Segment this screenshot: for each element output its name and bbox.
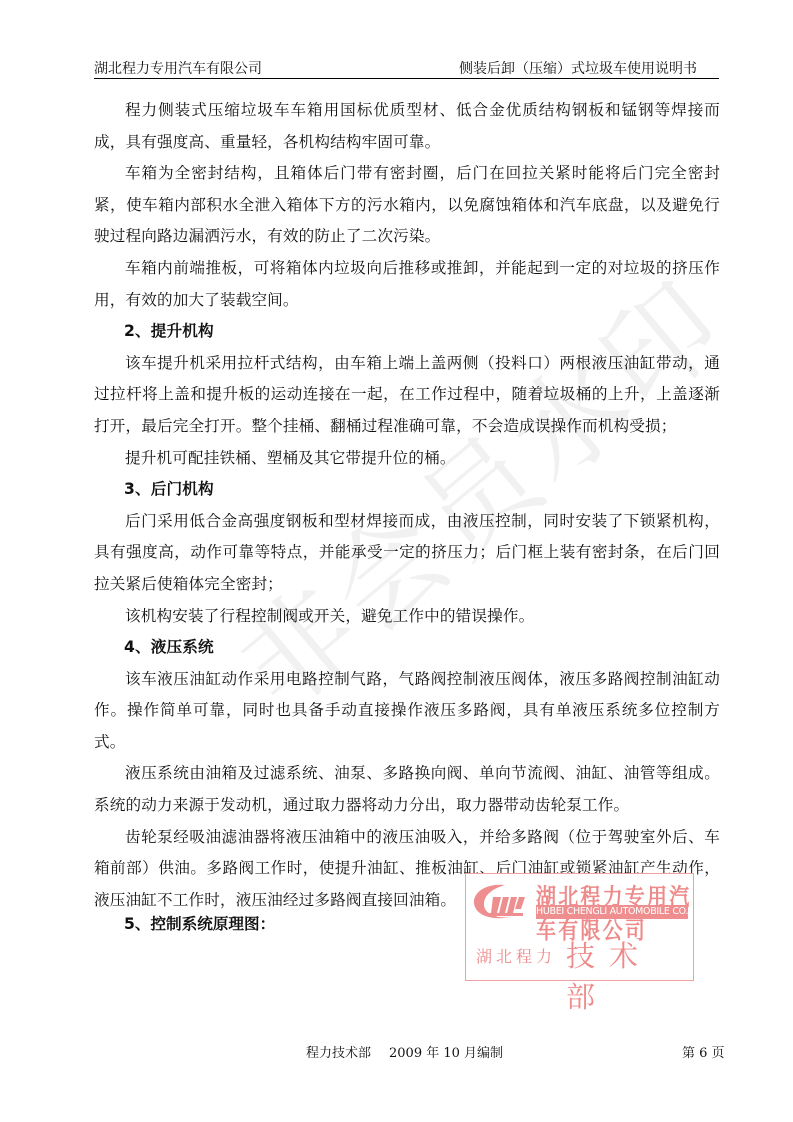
- section-heading-rear-door: 3、后门机构: [94, 474, 720, 506]
- header-doc-title: 侧装后卸（压缩）式垃圾车使用说明书: [459, 58, 697, 78]
- paragraph: 车箱内前端推板，可将箱体内垃圾向后推移或推卸，并能起到一定的对垃圾的挤压作用，有…: [94, 253, 720, 316]
- footer-department: 程力技术部: [306, 1042, 371, 1061]
- document-body: 程力侧装式压缩垃圾车车箱用国标优质型材、低合金优质结构钢板和锰钢等焊接而成，具有…: [94, 95, 720, 916]
- stamp-company-en: HUBEI CHENGLI AUTOMOBILE CO., LTD: [536, 905, 688, 919]
- clw-logo-icon: [471, 879, 533, 925]
- paragraph: 该车提升机采用拉杆式结构，由车箱上端上盖两侧（投料口）两根液压油缸带动，通过拉杆…: [94, 348, 720, 443]
- page-header: 湖北程力专用汽车有限公司 侧装后卸（压缩）式垃圾车使用说明书: [94, 56, 719, 79]
- stamp-department: 技术部: [566, 934, 693, 1016]
- paragraph: 该机构安装了行程控制阀或开关，避免工作中的错误操作。: [94, 601, 720, 633]
- section-heading-control-diagram: 5、控制系统原理图：: [124, 912, 275, 934]
- paragraph: 车箱为全密封结构，且箱体后门带有密封圈，后门在回拉关紧时能将后门完全密封紧，使车…: [94, 158, 720, 253]
- stamp-short-name: 湖北程力: [476, 944, 556, 967]
- company-stamp: 湖北程力专用汽车有限公司 HUBEI CHENGLI AUTOMOBILE CO…: [465, 873, 694, 981]
- footer-date: 2009 年 10 月编制: [389, 1042, 503, 1061]
- header-company: 湖北程力专用汽车有限公司: [94, 58, 262, 78]
- paragraph: 程力侧装式压缩垃圾车车箱用国标优质型材、低合金优质结构钢板和锰钢等焊接而成，具有…: [94, 95, 720, 158]
- paragraph: 该车液压油缸动作采用电路控制气路，气路阀控制液压阀体，液压多路阀控制油缸动作。操…: [94, 664, 720, 759]
- page-number: 第 6 页: [682, 1042, 725, 1061]
- paragraph: 液压系统由油箱及过滤系统、油泵、多路换向阀、单向节流阀、油缸、油管等组成。系统的…: [94, 758, 720, 821]
- section-heading-lifting: 2、提升机构: [94, 316, 720, 348]
- section-heading-hydraulic: 4、液压系统: [94, 632, 720, 664]
- paragraph: 后门采用低合金高强度钢板和型材焊接而成，由液压控制，同时安装了下锁紧机构，具有强…: [94, 506, 720, 601]
- paragraph: 提升机可配挂铁桶、塑桶及其它带提升位的桶。: [94, 443, 720, 475]
